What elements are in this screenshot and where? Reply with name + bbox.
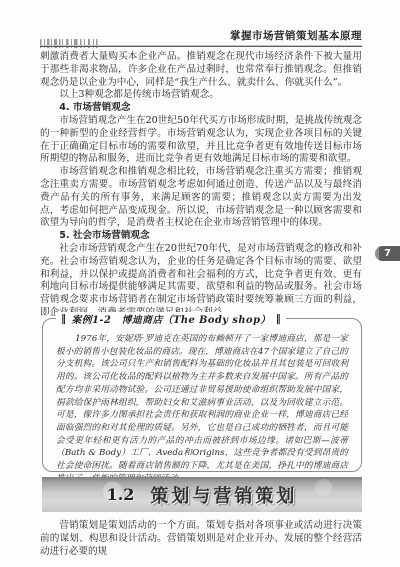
paragraph: 刺激消费者大量购买本企业产品。推销观念在现代市场经济条件下被大量用于那些非渴求物… [40,51,362,89]
body-text: 刺激消费者大量购买本企业产品。推销观念在现代市场经济条件下被大量用于那些非渴求物… [40,51,362,320]
page-number-tab: 7 [375,246,400,261]
page-number: 7 [384,248,391,259]
case-study-title: 案例1-2 博迪商店（The Body shop） [72,312,271,326]
running-head-title: 掌握市场营销策划基本原理 [230,28,362,43]
case-study-label: ‖ 案例1-2 博迪商店（The Body shop） ‖ [56,312,286,326]
header-rule [40,45,362,47]
section-banner: 1.2 策划与营销策划 [42,477,362,512]
book-page: 掌握市场营销策划基本原理 刺激消费者大量购买本企业产品。推销观念在现代市场经济条… [0,0,400,567]
label-bar-left-icon: ‖ [61,314,67,325]
closing-paragraph-wrap: 营销策划是策划活动的一个方面。策划专指对各项事业或活动进行决策前的谋划、构思和设… [40,519,362,558]
subheading-marketing-concept: 4. 市场营销观念 [40,102,362,115]
paragraph: 市场营销观念和推销观念相比较，市场营销观念注重买方需要；推销观念注重卖方需要。市… [40,166,362,230]
page-header: 掌握市场营销策划基本原理 [40,28,362,45]
paragraph: 营销策划是策划活动的一个方面。策划专指对各项事业或活动进行决策前的谋划、构思和设… [40,519,362,558]
subheading-societal-marketing-concept: 5. 社会市场营销观念 [40,230,362,243]
barcode-icon [40,33,106,42]
paragraph: 以上3种观念都是传统市场营销观念。 [40,89,362,102]
section-title: 策划与营销策划 [150,482,297,508]
paragraph: 社会市场营销观念产生在20世纪70年代，是对市场营销观念的修改和补充。社会市场营… [40,243,362,320]
label-bar-right-icon: ‖ [276,314,282,325]
section-number: 1.2 [107,485,135,504]
paragraph: 市场营销观念产生在20世纪50年代买方市场形成时期，是挑战传统观念的一种新型的企… [40,115,362,166]
case-study-text: 1976年，安妮塔·罗迪克在英国的布赖顿开了一家博迪商店，那是一家极小的销售小包… [43,319,361,485]
case-study-box: ‖ 案例1-2 博迪商店（The Body shop） ‖ 1976年，安妮塔·… [42,318,362,472]
